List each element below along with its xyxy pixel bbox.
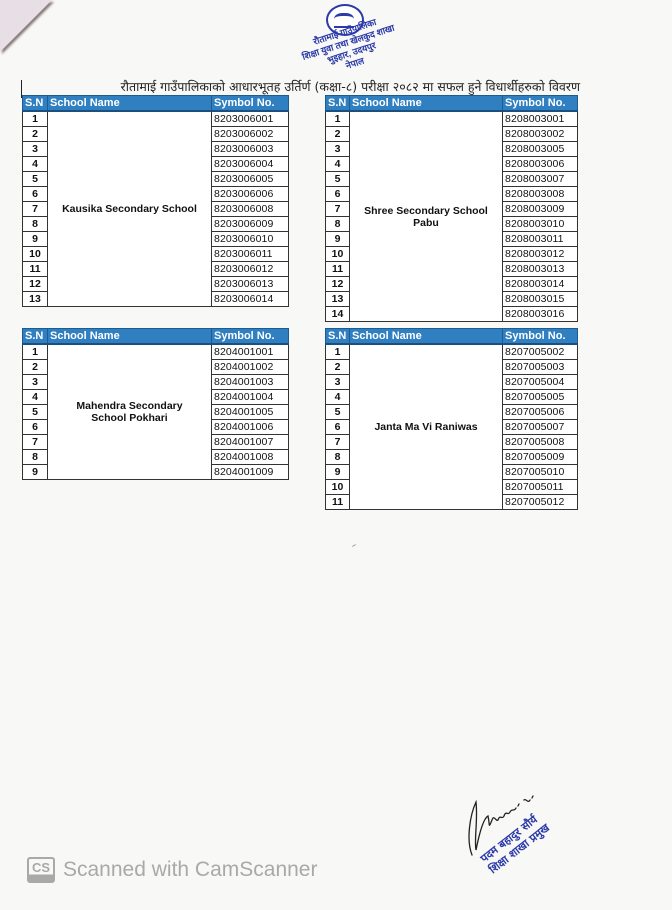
header-sn: S.N: [23, 329, 48, 345]
serial-number: 8: [23, 450, 48, 465]
header-sn: S.N: [326, 96, 350, 112]
symbol-number: 8208003005: [503, 142, 578, 157]
serial-number: 5: [326, 405, 350, 420]
camscanner-icon: CS: [27, 857, 55, 883]
serial-number: 9: [23, 232, 48, 247]
serial-number: 10: [23, 247, 48, 262]
serial-number: 11: [326, 495, 350, 510]
serial-number: 2: [326, 360, 350, 375]
symbol-number: 8207005002: [503, 344, 578, 360]
symbol-number: 8207005009: [503, 450, 578, 465]
header-sn: S.N: [326, 329, 350, 345]
camscanner-watermark: CS Scanned with CamScanner: [27, 857, 317, 883]
serial-number: 6: [326, 187, 350, 202]
symbol-number: 8208003015: [503, 292, 578, 307]
serial-number: 3: [23, 142, 48, 157]
serial-number: 9: [326, 232, 350, 247]
results-table: S.N School Name Symbol No. 1Janta Ma Vi …: [325, 328, 578, 510]
symbol-number: 8208003006: [503, 157, 578, 172]
symbol-number: 8203006005: [212, 172, 289, 187]
symbol-number: 8208003010: [503, 217, 578, 232]
serial-number: 9: [326, 465, 350, 480]
serial-number: 6: [23, 420, 48, 435]
symbol-number: 8204001004: [212, 390, 289, 405]
serial-number: 7: [23, 435, 48, 450]
symbol-number: 8208003016: [503, 307, 578, 322]
symbol-number: 8204001007: [212, 435, 289, 450]
serial-number: 5: [23, 405, 48, 420]
results-table: S.N School Name Symbol No. 1Shree Second…: [325, 95, 578, 322]
symbol-number: 8204001006: [212, 420, 289, 435]
symbol-number: 8208003007: [503, 172, 578, 187]
symbol-number: 8208003013: [503, 262, 578, 277]
serial-number: 9: [23, 465, 48, 480]
symbol-number: 8203006009: [212, 217, 289, 232]
stray-mark: [352, 544, 356, 547]
symbol-number: 8203006013: [212, 277, 289, 292]
serial-number: 7: [326, 435, 350, 450]
symbol-number: 8207005005: [503, 390, 578, 405]
symbol-number: 8203006003: [212, 142, 289, 157]
symbol-number: 8204001001: [212, 344, 289, 360]
serial-number: 6: [326, 420, 350, 435]
symbol-number: 8208003009: [503, 202, 578, 217]
symbol-number: 8207005006: [503, 405, 578, 420]
header-school-name: School Name: [48, 96, 212, 112]
municipality-logo-stamp: रौतामाई गाउँपालिका शिक्षा युवा तथा खेलकु…: [300, 2, 400, 90]
table-row: 1Kausika Secondary School8203006001: [23, 111, 289, 127]
serial-number: 3: [23, 375, 48, 390]
symbol-number: 8203006008: [212, 202, 289, 217]
serial-number: 5: [23, 172, 48, 187]
scanner-text: Scanned with CamScanner: [63, 858, 317, 882]
serial-number: 8: [326, 450, 350, 465]
school-name: Janta Ma Vi Raniwas: [350, 344, 503, 510]
serial-number: 14: [326, 307, 350, 322]
serial-number: 5: [326, 172, 350, 187]
serial-number: 12: [326, 277, 350, 292]
header-symbol-no: Symbol No.: [212, 329, 289, 345]
symbol-number: 8203006004: [212, 157, 289, 172]
serial-number: 11: [23, 262, 48, 277]
symbol-number: 8208003012: [503, 247, 578, 262]
header-school-name: School Name: [48, 329, 212, 345]
serial-number: 1: [23, 111, 48, 127]
symbol-number: 8208003008: [503, 187, 578, 202]
serial-number: 3: [326, 375, 350, 390]
symbol-number: 8207005012: [503, 495, 578, 510]
document-title: रौतामाई गाउँपालिकाको आधारभूतह उर्तिर्ण (…: [22, 78, 580, 95]
symbol-number: 8204001009: [212, 465, 289, 480]
serial-number: 3: [326, 142, 350, 157]
serial-number: 6: [23, 187, 48, 202]
header-school-name: School Name: [350, 329, 503, 345]
serial-number: 13: [23, 292, 48, 307]
serial-number: 7: [326, 202, 350, 217]
serial-number: 10: [326, 480, 350, 495]
serial-number: 2: [326, 127, 350, 142]
serial-number: 2: [23, 127, 48, 142]
symbol-number: 8207005007: [503, 420, 578, 435]
serial-number: 12: [23, 277, 48, 292]
symbol-number: 8207005010: [503, 465, 578, 480]
results-table: S.N School Name Symbol No. 1Kausika Seco…: [22, 95, 289, 307]
serial-number: 4: [23, 157, 48, 172]
symbol-number: 8204001003: [212, 375, 289, 390]
symbol-number: 8207005011: [503, 480, 578, 495]
serial-number: 1: [326, 344, 350, 360]
symbol-number: 8204001002: [212, 360, 289, 375]
symbol-number: 8203006001: [212, 111, 289, 127]
table-row: 1Mahendra Secondary School Pokhari820400…: [23, 344, 289, 360]
table-row: 1Shree Secondary School Pabu8208003001: [326, 111, 578, 127]
serial-number: 7: [23, 202, 48, 217]
serial-number: 4: [326, 390, 350, 405]
symbol-number: 8207005003: [503, 360, 578, 375]
serial-number: 4: [326, 157, 350, 172]
symbol-number: 8203006012: [212, 262, 289, 277]
symbol-number: 8203006002: [212, 127, 289, 142]
header-symbol-no: Symbol No.: [503, 329, 578, 345]
symbol-number: 8208003002: [503, 127, 578, 142]
symbol-number: 8203006014: [212, 292, 289, 307]
symbol-number: 8208003014: [503, 277, 578, 292]
serial-number: 10: [326, 247, 350, 262]
symbol-number: 8203006010: [212, 232, 289, 247]
serial-number: 8: [23, 217, 48, 232]
school-name: Kausika Secondary School: [48, 111, 212, 307]
serial-number: 1: [23, 344, 48, 360]
results-table: S.N School Name Symbol No. 1Mahendra Sec…: [22, 328, 289, 480]
school-name: Mahendra Secondary School Pokhari: [48, 344, 212, 480]
page-corner-fold: [0, 0, 52, 52]
serial-number: 11: [326, 262, 350, 277]
symbol-number: 8203006006: [212, 187, 289, 202]
serial-number: 2: [23, 360, 48, 375]
symbol-number: 8207005004: [503, 375, 578, 390]
symbol-number: 8203006011: [212, 247, 289, 262]
symbol-number: 8204001005: [212, 405, 289, 420]
serial-number: 1: [326, 111, 350, 127]
serial-number: 4: [23, 390, 48, 405]
school-name: Shree Secondary School Pabu: [350, 111, 503, 322]
header-symbol-no: Symbol No.: [503, 96, 578, 112]
serial-number: 13: [326, 292, 350, 307]
table-row: 1Janta Ma Vi Raniwas8207005002: [326, 344, 578, 360]
header-sn: S.N: [23, 96, 48, 112]
symbol-number: 8208003011: [503, 232, 578, 247]
symbol-number: 8208003001: [503, 111, 578, 127]
header-symbol-no: Symbol No.: [212, 96, 289, 112]
header-school-name: School Name: [350, 96, 503, 112]
symbol-number: 8204001008: [212, 450, 289, 465]
symbol-number: 8207005008: [503, 435, 578, 450]
serial-number: 8: [326, 217, 350, 232]
